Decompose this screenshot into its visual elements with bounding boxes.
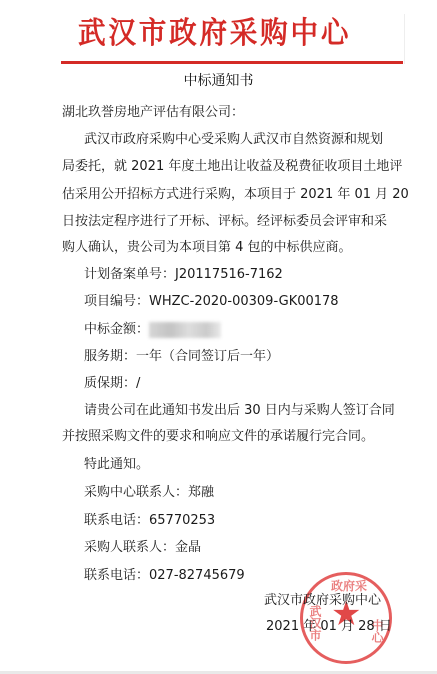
warranty-field: 质保期：/ bbox=[84, 375, 140, 393]
buyer-phone: 联系电话：027-82745679 bbox=[84, 567, 245, 585]
center-phone-value: 65770253 bbox=[149, 513, 215, 528]
buyer-contact: 采购人联系人：金晶 bbox=[84, 539, 201, 557]
center-contact-label: 采购中心联系人： bbox=[84, 485, 188, 500]
center-phone: 联系电话：65770253 bbox=[84, 512, 215, 530]
redacted-amount bbox=[149, 322, 221, 338]
instruction-line: 并按照采购文件的要求和响应文件的承诺履行完合同。 bbox=[62, 428, 374, 446]
center-contact: 采购中心联系人：郑融 bbox=[84, 484, 214, 502]
service-period-value: 一年（合同签订后一年） bbox=[136, 349, 279, 364]
buyer-phone-label: 联系电话： bbox=[84, 568, 149, 583]
body-line: 购人确认，贵公司为本项目第 4 包的中标供应商。 bbox=[62, 239, 352, 257]
buyer-phone-value: 027-82745679 bbox=[149, 568, 245, 583]
signature-org: 武汉市政府采购中心 bbox=[264, 592, 381, 610]
warranty-label: 质保期： bbox=[84, 376, 136, 391]
document-title: 中标通知书 bbox=[0, 71, 437, 91]
plan-number-field: 计划备案单号：J20117516-7162 bbox=[84, 266, 283, 284]
plan-number-label: 计划备案单号： bbox=[84, 267, 175, 282]
center-phone-label: 联系电话： bbox=[84, 513, 149, 528]
buyer-contact-label: 采购人联系人： bbox=[84, 540, 175, 555]
plan-number-value: J20117516-7162 bbox=[175, 267, 283, 282]
instruction-line: 请贵公司在此通知书发出后 30 日内与采购人签订合同 bbox=[84, 402, 395, 420]
service-period-field: 服务期：一年（合同签订后一年） bbox=[84, 348, 279, 366]
center-contact-name: 郑融 bbox=[188, 485, 214, 500]
body-line: 估采用公开招标方式进行采购，本项目于 2021 年 01 月 20 bbox=[62, 186, 409, 204]
letterhead-org-name: 武汉市政府采购中心 bbox=[78, 14, 363, 54]
signature-date: 2021 年 01 月 28 日 bbox=[266, 618, 392, 636]
closing-text: 特此通知。 bbox=[84, 456, 149, 474]
recipient: 湖北玖誉房地产评估有限公司： bbox=[62, 104, 244, 122]
body-line: 武汉市政府采购中心受采购人武汉市自然资源和规划 bbox=[84, 131, 383, 149]
project-number-value: WHZC-2020-00309-GK00178 bbox=[149, 294, 339, 309]
letterhead-red-rule bbox=[61, 61, 403, 64]
award-amount-label: 中标金额： bbox=[84, 322, 149, 337]
project-number-field: 项目编号：WHZC-2020-00309-GK00178 bbox=[84, 293, 339, 311]
service-period-label: 服务期： bbox=[84, 349, 136, 364]
warranty-value: / bbox=[136, 376, 140, 391]
body-line: 局委托，就 2021 年度土地出让收益及税费征收项目土地评 bbox=[62, 158, 402, 176]
award-amount-field: 中标金额： bbox=[84, 321, 221, 339]
body-line: 日按法定程序进行了开标、评标。经评标委员会评审和采 bbox=[62, 213, 387, 231]
buyer-contact-name: 金晶 bbox=[175, 540, 201, 555]
project-number-label: 项目编号： bbox=[84, 294, 149, 309]
